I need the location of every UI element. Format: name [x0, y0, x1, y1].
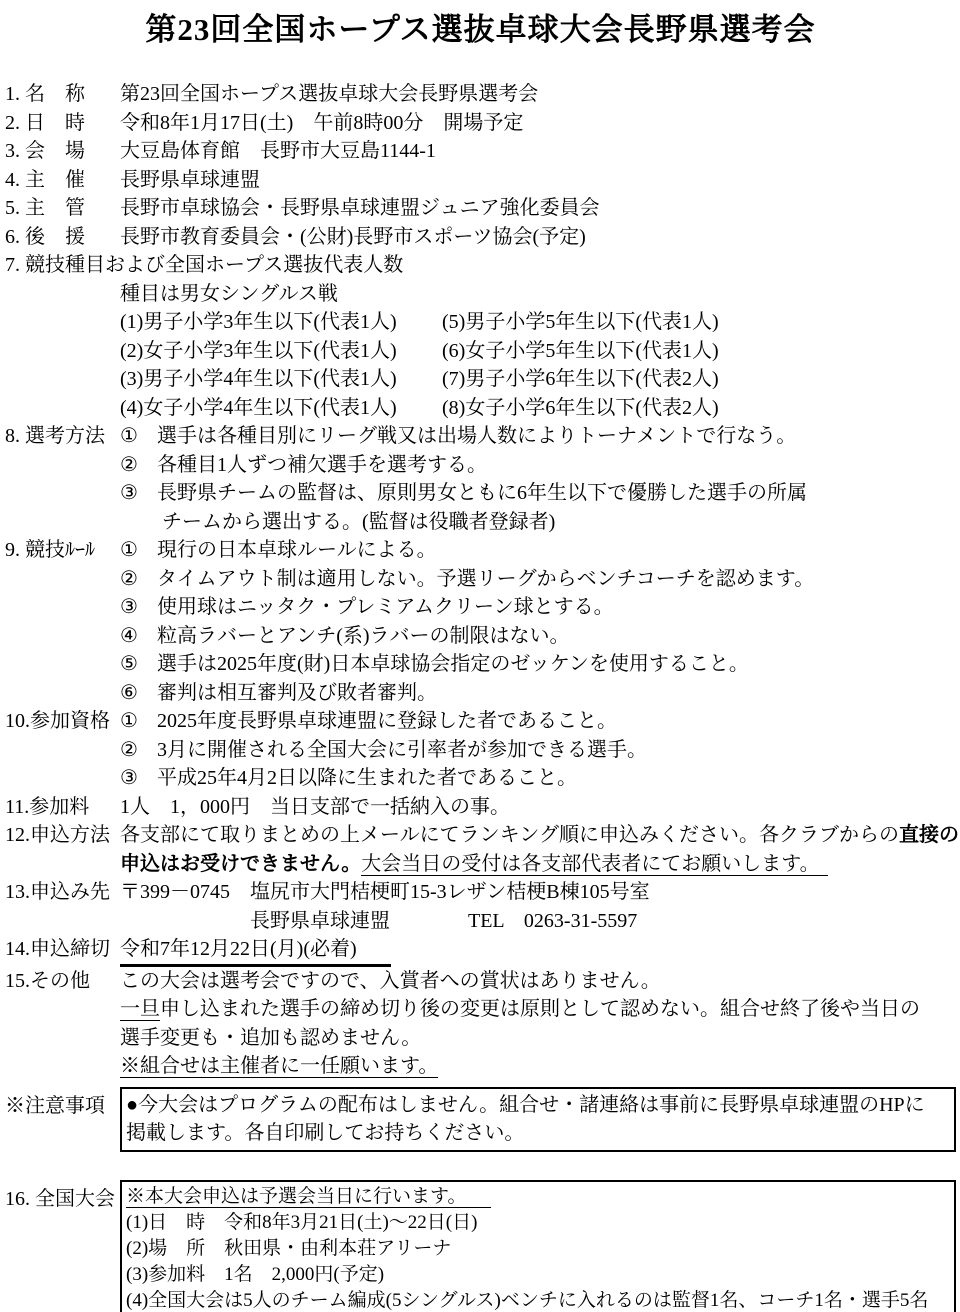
other-text: 申し込まれた選手の締め切り後の変更は原則として認めない。組合せ終了後や当日の: [160, 998, 920, 1020]
event-item: (6)女子小学5年生以下(代表1人): [442, 340, 719, 362]
item-marker: ⑤: [120, 650, 152, 679]
item-marker: ③: [120, 479, 152, 508]
rule-item-text: 使用球はニッタク・プレミアムクリーン球とする。: [157, 596, 614, 618]
events-row: (2)女子小学3年生以下(代表1人) (6)女子小学5年生以下(代表1人): [5, 337, 956, 366]
national-label: 16. 全国大会: [5, 1180, 120, 1312]
events-row: (1)男子小学3年生以下(代表1人) (5)男子小学5年生以下(代表1人): [5, 308, 956, 337]
item-marker: ②: [120, 451, 152, 480]
national-detail: (2)場 所 秋田県・由利本荘アリーナ: [126, 1236, 950, 1262]
section-host-text: 長野県卓球連盟: [120, 166, 956, 195]
section-other: 15.その他 この大会は選考会ですので、入賞者への賞状はありません。: [5, 967, 956, 996]
rule-item-text: 選手は2025年度(財)日本卓球協会指定のゼッケンを使用すること。: [157, 653, 749, 675]
address-org: 長野県卓球連盟: [250, 910, 390, 932]
eligibility-item: ② 3月に開催される全国大会に引率者が参加できる選手。: [5, 736, 956, 765]
section-admin: 5. 主 管 長野市卓球協会・長野県卓球連盟ジュニア強化委員会: [5, 194, 956, 223]
section-fee-text: 1人 1，000円 当日支部で一括納入の事。: [120, 793, 956, 822]
section-deadline-label: 14.申込締切: [5, 935, 120, 967]
eligibility-item: ③ 平成25年4月2日以降に生まれた者であること。: [5, 764, 956, 793]
item-marker: ②: [120, 736, 152, 765]
section-host: 4. 主 催 長野県卓球連盟: [5, 166, 956, 195]
rule-item-text: タイムアウト制は適用しない。予選リーグからベンチコーチを認めます。: [157, 568, 814, 590]
item-marker: ⑥: [120, 679, 152, 708]
section-events-heading: 7. 競技種目および全国ホープス選抜代表人数: [5, 251, 956, 280]
section-admin-label: 5. 主 管: [5, 194, 120, 223]
rule-item-text: 粒高ラバーとアンチ(系)ラバーの制限はない。: [157, 625, 570, 647]
section-application-label: 12.申込方法: [5, 821, 120, 850]
page-title: 第23回全国ホープス選抜卓球大会長野県選考会: [5, 6, 956, 50]
other-continuation: 選手変更も・追加も認めません。: [5, 1024, 956, 1053]
application-text-bold: 申込はお受けできません。: [120, 853, 361, 875]
other-text-underlined: 一旦: [120, 998, 160, 1021]
notice-text: ●今大会はプログラムの配布はしません。組合せ・諸連絡は事前に長野県卓球連盟のHP…: [126, 1091, 950, 1120]
rule-item: ⑥ 審判は相互審判及び敗者審判。: [5, 679, 956, 708]
events-intro: 種目は男女シングルス戦: [5, 280, 956, 309]
rule-item: ④ 粒高ラバーとアンチ(系)ラバーの制限はない。: [5, 622, 956, 651]
notice-section: ※注意事項 ●今大会はプログラムの配布はしません。組合せ・諸連絡は事前に長野県卓…: [5, 1087, 956, 1152]
selection-item: ② 各種目1人ずつ補欠選手を選考する。: [5, 451, 956, 480]
notice-box: ●今大会はプログラムの配布はしません。組合せ・諸連絡は事前に長野県卓球連盟のHP…: [120, 1087, 956, 1152]
selection-item-text: 長野県チームの監督は、原則男女ともに6年生以下で優勝した選手の所属: [157, 482, 807, 504]
event-item: (5)男子小学5年生以下(代表1人): [442, 311, 719, 333]
selection-item-text: 各種目1人ずつ補欠選手を選考する。: [157, 454, 487, 476]
address-continuation: 長野県卓球連盟TEL 0263-31-5597: [5, 907, 956, 936]
selection-item-text: 選手は各種目別にリーグ戦又は出場人数によりトーナメントで行なう。: [157, 425, 796, 447]
document-body: 1. 名 称 第23回全国ホープス選抜卓球大会長野県選考会 2. 日 時 令和8…: [5, 80, 956, 1312]
national-box: ※本大会申込は予選会当日に行います。 (1)日 時 令和8年3月21日(土)～2…: [120, 1180, 956, 1312]
section-venue-text: 大豆島体育館 長野市大豆島1144-1: [120, 137, 956, 166]
other-continuation: 一旦申し込まれた選手の締め切り後の変更は原則として認めない。組合せ終了後や当日の: [5, 995, 956, 1024]
national-detail: (1)日 時 令和8年3月21日(土)～22日(日): [126, 1210, 950, 1236]
item-marker: ③: [120, 593, 152, 622]
section-name-text: 第23回全国ホープス選抜卓球大会長野県選考会: [120, 80, 956, 109]
rule-item: ③ 使用球はニッタク・プレミアムクリーン球とする。: [5, 593, 956, 622]
section-host-label: 4. 主 催: [5, 166, 120, 195]
section-deadline: 14.申込締切 令和7年12月22日(月)(必着): [5, 935, 956, 967]
national-detail: (4)全国大会は5人のチーム編成(5シングルス)ベンチに入れるのは監督1名、コー…: [126, 1288, 950, 1312]
other-text: 選手変更も・追加も認めません。: [120, 1024, 956, 1053]
section-other-label: 15.その他: [5, 967, 120, 996]
section-address: 13.申込み先 〒399－0745 塩尻市大門桔梗町15-3レザン桔梗B棟105…: [5, 878, 956, 907]
events-intro-text: 種目は男女シングルス戦: [120, 280, 956, 309]
section-application: 12.申込方法 各支部にて取りまとめの上メールにてランキング順に申込みください。…: [5, 821, 956, 850]
event-item: (1)男子小学3年生以下(代表1人): [120, 308, 437, 337]
rule-item-text: 審判は相互審判及び敗者審判。: [157, 682, 437, 704]
address-tel: TEL 0263-31-5597: [468, 910, 637, 932]
selection-item-continuation: チームから選出する。(監督は役職者登録者): [5, 508, 956, 537]
item-marker: ③: [120, 764, 152, 793]
notice-text: 掲載します。各自印刷してお持ちください。: [126, 1119, 950, 1148]
section-eligibility: 10.参加資格 ① 2025年度長野県卓球連盟に登録した者であること。: [5, 707, 956, 736]
section-selection: 8. 選考方法 ① 選手は各種目別にリーグ戦又は出場人数によりトーナメントで行な…: [5, 422, 956, 451]
other-text: この大会は選考会ですので、入賞者への賞状はありません。: [120, 967, 956, 996]
rule-item-text: 現行の日本卓球ルールによる。: [157, 539, 437, 561]
notice-label: ※注意事項: [5, 1087, 120, 1152]
other-continuation: ※組合せは主催者に一任願います。: [5, 1052, 956, 1081]
section-rules: 9. 競技ﾙｰﾙ ① 現行の日本卓球ルールによる。: [5, 536, 956, 565]
section-admin-text: 長野市卓球協会・長野県卓球連盟ジュニア強化委員会: [120, 194, 956, 223]
document: 第23回全国ホープス選抜卓球大会長野県選考会 1. 名 称 第23回全国ホープス…: [0, 0, 960, 1312]
section-name-label: 1. 名 称: [5, 80, 120, 109]
deadline-text: 令和7年12月22日(月)(必着): [120, 935, 391, 967]
eligibility-item-text: 平成25年4月2日以降に生まれた者であること。: [157, 767, 577, 789]
section-fee: 11.参加料 1人 1，000円 当日支部で一括納入の事。: [5, 793, 956, 822]
item-marker: ①: [120, 707, 152, 736]
section-venue: 3. 会 場 大豆島体育館 長野市大豆島1144-1: [5, 137, 956, 166]
section-selection-label: 8. 選考方法: [5, 422, 120, 451]
event-item: (8)女子小学6年生以下(代表2人): [442, 397, 719, 419]
selection-item-text: チームから選出する。(監督は役職者登録者): [120, 508, 956, 537]
section-date-label: 2. 日 時: [5, 109, 120, 138]
national-detail: (3)参加料 1名 2,000円(予定): [126, 1262, 950, 1288]
event-item: (2)女子小学3年生以下(代表1人): [120, 337, 437, 366]
selection-item: ③ 長野県チームの監督は、原則男女ともに6年生以下で優勝した選手の所属: [5, 479, 956, 508]
section-date-text: 令和8年1月17日(土) 午前8時00分 開場予定: [120, 109, 956, 138]
section-support-label: 6. 後 援: [5, 223, 120, 252]
application-text: 各支部にて取りまとめの上メールにてランキング順に申込みください。各クラブからの: [120, 824, 899, 846]
section-events-label: 7. 競技種目および全国ホープス選抜代表人数: [5, 251, 403, 280]
section-support: 6. 後 援 長野市教育委員会・(公財)長野市スポーツ協会(予定): [5, 223, 956, 252]
events-row: (4)女子小学4年生以下(代表1人) (8)女子小学6年生以下(代表2人): [5, 394, 956, 423]
application-text-underlined: 大会当日の受付は各支部代表者にてお願いします。: [361, 853, 827, 876]
event-item: (4)女子小学4年生以下(代表1人): [120, 394, 437, 423]
national-section: 16. 全国大会 ※本大会申込は予選会当日に行います。 (1)日 時 令和8年3…: [5, 1180, 956, 1312]
event-item: (7)男子小学6年生以下(代表2人): [442, 368, 719, 390]
section-address-label: 13.申込み先: [5, 878, 120, 907]
section-rules-label: 9. 競技ﾙｰﾙ: [5, 536, 120, 565]
application-text-bold: 直接の: [899, 824, 959, 846]
section-venue-label: 3. 会 場: [5, 137, 120, 166]
national-heading-underlined: ※本大会申込は予選会当日に行います。: [126, 1186, 491, 1208]
event-item: (3)男子小学4年生以下(代表1人): [120, 365, 437, 394]
item-marker: ②: [120, 565, 152, 594]
section-support-text: 長野市教育委員会・(公財)長野市スポーツ協会(予定): [120, 223, 956, 252]
section-eligibility-label: 10.参加資格: [5, 707, 120, 736]
rule-item: ② タイムアウト制は適用しない。予選リーグからベンチコーチを認めます。: [5, 565, 956, 594]
section-date: 2. 日 時 令和8年1月17日(土) 午前8時00分 開場予定: [5, 109, 956, 138]
section-fee-label: 11.参加料: [5, 793, 120, 822]
address-text: 〒399－0745 塩尻市大門桔梗町15-3レザン桔梗B棟105号室: [120, 878, 956, 907]
section-name: 1. 名 称 第23回全国ホープス選抜卓球大会長野県選考会: [5, 80, 956, 109]
eligibility-item-text: 2025年度長野県卓球連盟に登録した者であること。: [157, 710, 617, 732]
eligibility-item-text: 3月に開催される全国大会に引率者が参加できる選手。: [157, 739, 647, 761]
rule-item: ⑤ 選手は2025年度(財)日本卓球協会指定のゼッケンを使用すること。: [5, 650, 956, 679]
item-marker: ①: [120, 536, 152, 565]
item-marker: ④: [120, 622, 152, 651]
application-continuation: 申込はお受けできません。大会当日の受付は各支部代表者にてお願いします。: [5, 850, 956, 879]
other-note-underlined: ※組合せは主催者に一任願います。: [120, 1055, 438, 1078]
item-marker: ①: [120, 422, 152, 451]
events-row: (3)男子小学4年生以下(代表1人) (7)男子小学6年生以下(代表2人): [5, 365, 956, 394]
